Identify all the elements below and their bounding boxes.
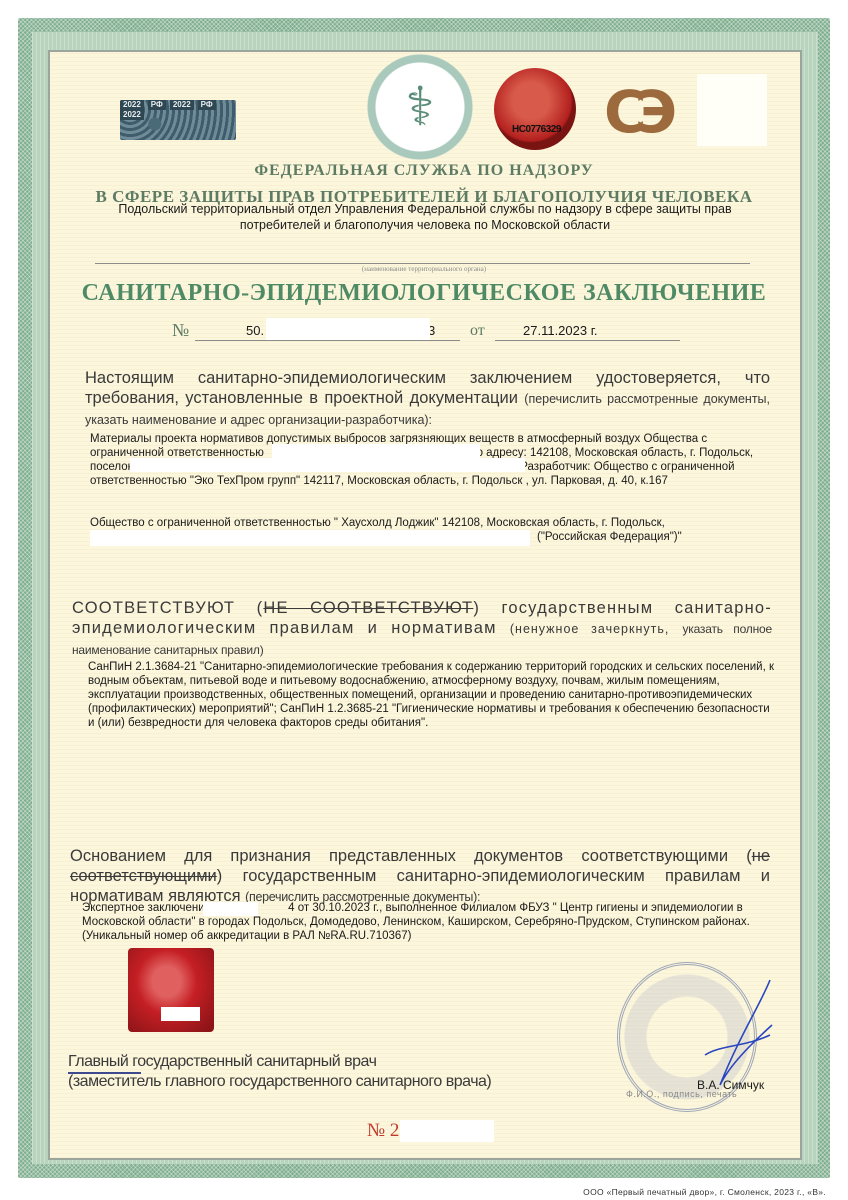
redaction-box	[203, 902, 258, 916]
redaction-box	[272, 444, 480, 458]
hologram-strip-text: 2022	[120, 100, 144, 110]
printer-credit: ООО «Первый печатный двор», г. Смоленск,…	[0, 1187, 826, 1197]
form-serial-number: № 2	[367, 1120, 399, 1142]
signer-subtitle: (заместитель главного государственного с…	[68, 1073, 491, 1091]
complies-text: СООТВЕТСТВУЮТ	[72, 599, 235, 617]
hologram-strip-text: 2022	[170, 100, 194, 110]
basis-text-before: Основанием для признания представленных …	[70, 847, 752, 865]
redaction-box	[400, 1120, 494, 1142]
agency-name-line1: ФЕДЕРАЛЬНАЯ СЛУЖБА ПО НАДЗОРУ	[0, 162, 848, 180]
handwritten-signature	[700, 975, 780, 1095]
sanpin-list: СанПиН 2.1.3684-21 "Санитарно-эпидемиоло…	[88, 660, 778, 730]
hologram-strip-text: 2022	[120, 110, 144, 120]
not-complies-struck: НЕ СООТВЕТСТВУЮТ	[263, 599, 473, 617]
double-headed-eagle-icon: ⚕	[390, 70, 450, 144]
intro-paragraph: Настоящим санитарно-эпидемиологическим з…	[85, 368, 770, 430]
red-hologram-seal	[494, 68, 576, 150]
redaction-box	[161, 1007, 200, 1021]
document-date: 27.11.2023 г.	[523, 323, 597, 338]
signature-caption: Ф.И.О., подпись, печать	[626, 1089, 737, 1099]
number-underline	[195, 340, 460, 341]
basis-paragraph: Основанием для признания представленных …	[70, 846, 770, 907]
document-number: 50.	[246, 323, 264, 338]
sanitary-certification-mark-icon: СЭ	[604, 82, 665, 142]
territorial-body: Подольский территориальный отдел Управле…	[80, 201, 770, 233]
redaction-box	[266, 318, 430, 340]
redaction-box	[90, 530, 530, 546]
hologram-strip-text: РФ	[148, 100, 166, 110]
territorial-caption: (наименование территориального органа)	[0, 265, 848, 273]
basis-documents: Экспертное заключение № 14 от 30.10.2023…	[82, 901, 772, 943]
organization-line1: Общество с ограниченной ответственностью…	[90, 516, 775, 530]
compliance-hint: (ненужное зачеркнуть,	[510, 622, 669, 636]
hologram-strip-text: РФ	[198, 100, 216, 110]
divider	[95, 263, 750, 264]
hologram-strip: 2022РФ2022РФ2022	[120, 100, 236, 140]
date-underline	[495, 340, 680, 341]
signer-title-rest: государственный санитарный врач	[128, 1053, 376, 1070]
seal-number: НС0776329	[512, 124, 561, 135]
signer-title-underlined: Главный	[68, 1053, 128, 1070]
document-title: САНИТАРНО-ЭПИДЕМИОЛОГИЧЕСКОЕ ЗАКЛЮЧЕНИЕ	[0, 280, 848, 307]
number-label: №	[172, 320, 189, 341]
signer-title: Главный государственный санитарный врач	[68, 1053, 376, 1071]
redaction-box	[130, 458, 525, 472]
compliance-paragraph: СООТВЕТСТВУЮТ (НЕ СООТВЕТСТВУЮТ) государ…	[72, 598, 772, 660]
blank-patch	[697, 74, 767, 146]
date-label: от	[470, 322, 485, 340]
